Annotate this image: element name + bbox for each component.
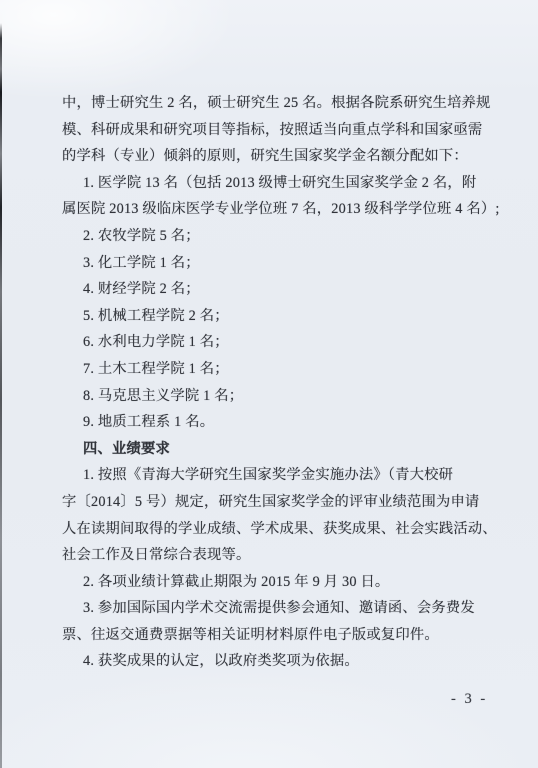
text-line: 中，博士研究生 2 名，硕士研究生 25 名。根据各院系研究生培养规: [62, 90, 479, 117]
requirement-item: 4. 获奖成果的认定，以政府类奖项为依据。: [62, 648, 479, 675]
scan-edge-artifact: [0, 0, 2, 768]
requirement-item: 3. 参加国际国内学术交流需提供参会通知、邀请函、会务费发: [62, 595, 479, 622]
requirement-item: 1. 按照《青海大学研究生国家奖学金实施办法》（青大校研: [62, 462, 479, 489]
document-body: 中，博士研究生 2 名，硕士研究生 25 名。根据各院系研究生培养规 模、科研成…: [62, 90, 479, 675]
text-line: 票、往返交通费票据等相关证明材料原件电子版或复印件。: [62, 622, 479, 649]
text-line: 属医院 2013 级临床医学专业学位班 7 名，2013 级科学学位班 4 名）…: [62, 196, 479, 223]
text-line: 社会工作及日常综合表现等。: [62, 542, 479, 569]
list-item-medical: 1. 医学院 13 名（包括 2013 级博士研究生国家奖学金 2 名，附: [62, 170, 479, 197]
list-item-hydraulic: 6. 水利电力学院 1 名；: [62, 329, 479, 356]
list-item-finance: 4. 财经学院 2 名；: [62, 276, 479, 303]
text-line: 的学科（专业）倾斜的原则，研究生国家奖学金名额分配如下：: [62, 143, 479, 170]
scanned-document-page: { "document": { "kind": "scanned officia…: [0, 0, 538, 768]
page-number: - 3 -: [451, 691, 503, 708]
text-line: 人在读期间取得的学业成绩、学术成果、获奖成果、社会实践活动、: [62, 516, 479, 543]
list-item-mechanical: 5. 机械工程学院 2 名；: [62, 303, 479, 330]
list-item-chemical: 3. 化工学院 1 名；: [62, 250, 479, 277]
list-item-agriculture: 2. 农牧学院 5 名；: [62, 223, 479, 250]
requirement-item: 2. 各项业绩计算截止期限为 2015 年 9 月 30 日。: [62, 569, 479, 596]
list-item-marxism: 8. 马克思主义学院 1 名；: [62, 383, 479, 410]
list-item-civil: 7. 土木工程学院 1 名；: [62, 356, 479, 383]
section-heading: 四、业绩要求: [62, 436, 479, 463]
list-item-geology: 9. 地质工程系 1 名。: [62, 409, 479, 436]
text-line: 字〔2014〕5 号）规定，研究生国家奖学金的评审业绩范围为申请: [62, 489, 479, 516]
text-line: 模、科研成果和研究项目等指标，按照适当向重点学科和国家亟需: [62, 117, 479, 144]
